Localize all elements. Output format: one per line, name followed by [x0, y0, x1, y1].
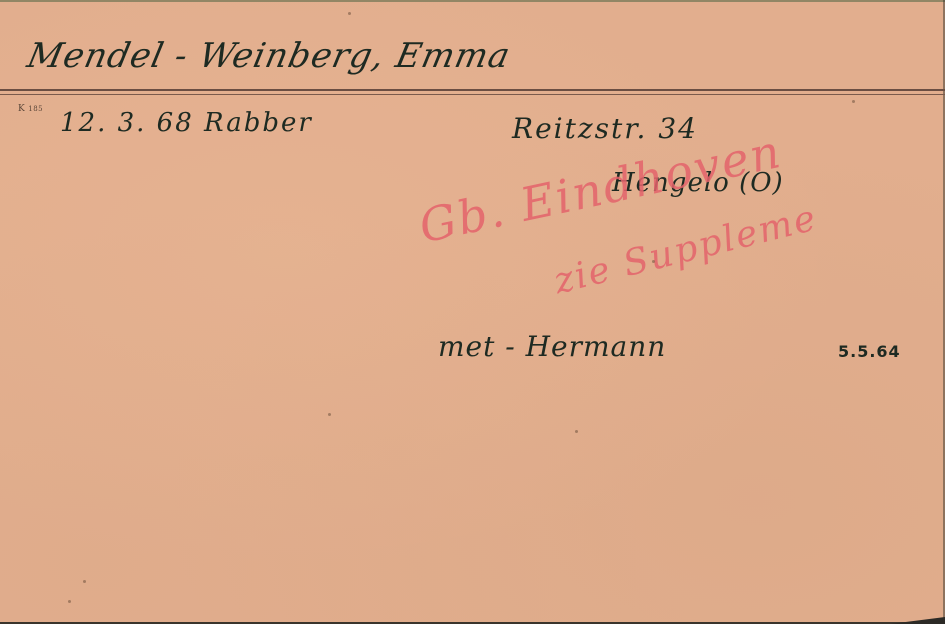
paper-speck — [328, 413, 331, 416]
paper-speck — [575, 430, 578, 433]
person-name: Mendel - Weinberg, Emma — [24, 36, 514, 76]
spouse-name: met - Hermann — [438, 330, 666, 363]
index-number: 185 — [28, 105, 43, 113]
index-letter: K — [18, 104, 25, 114]
card-top-edge — [0, 0, 945, 2]
card-torn-corner — [890, 617, 945, 624]
paper-speck — [348, 12, 351, 15]
header-rule-thick — [0, 89, 945, 91]
registration-card: Mendel - Weinberg, Emma K185 12. 3. 68 R… — [0, 0, 945, 624]
header-rule-thin — [0, 94, 945, 95]
address-street: Reitzstr. 34 — [512, 112, 698, 145]
paper-speck — [83, 580, 86, 583]
paper-speck — [68, 600, 71, 603]
birth-date-place: 12. 3. 68 Rabber — [60, 108, 313, 138]
spouse-date: 5.5.64 — [838, 342, 901, 361]
paper-speck — [852, 100, 855, 103]
paper-speck — [652, 260, 655, 263]
card-index-label: K185 — [18, 104, 43, 114]
